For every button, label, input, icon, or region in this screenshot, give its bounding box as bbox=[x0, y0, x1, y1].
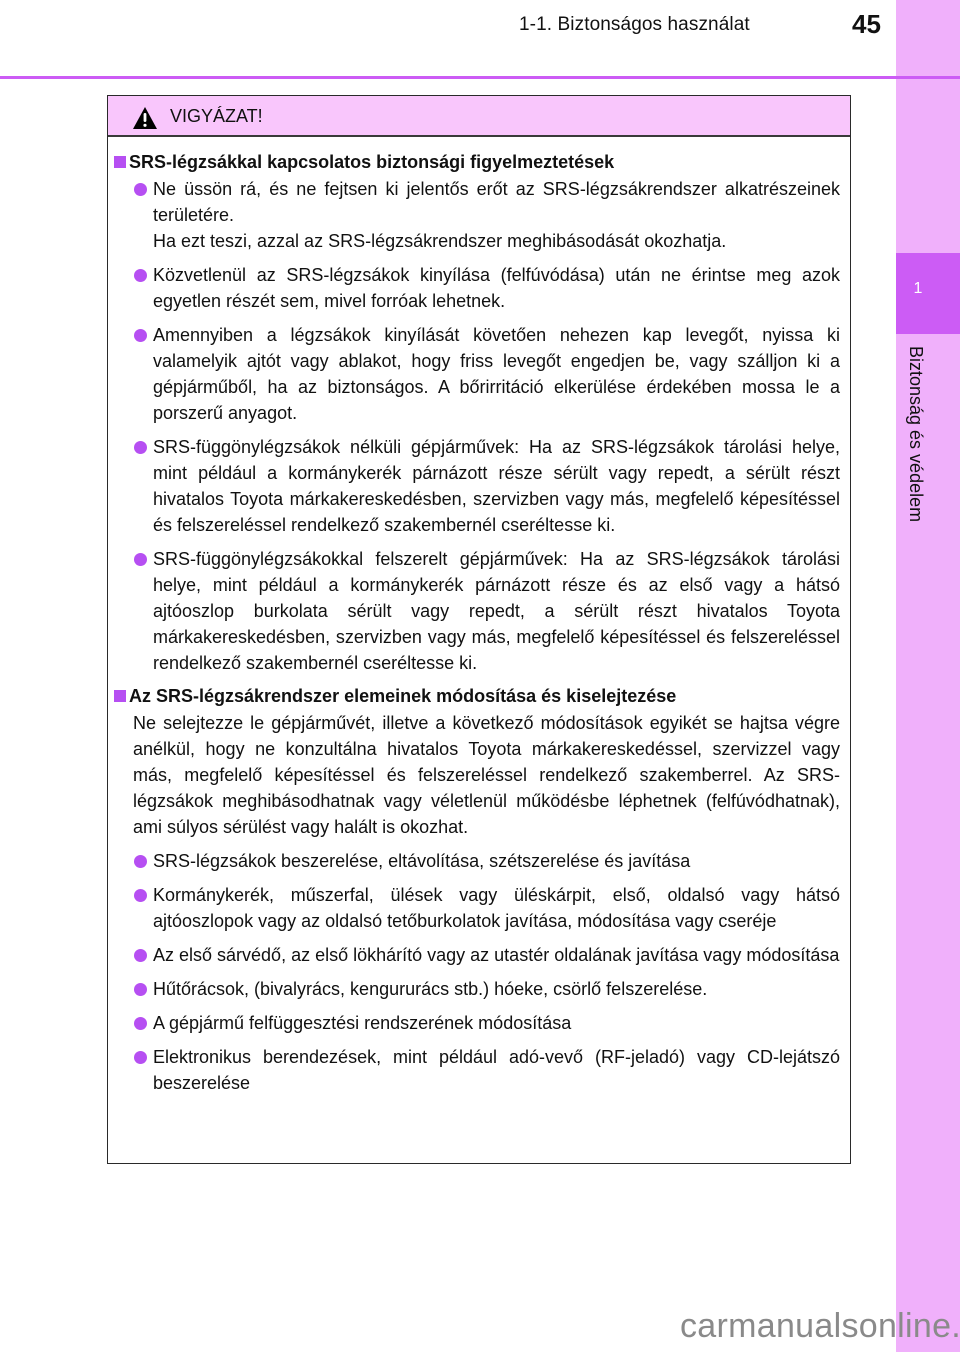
section-heading: Az SRS-légzsákrendszer elemeinek módosít… bbox=[114, 683, 840, 709]
warning-triangle-icon bbox=[132, 106, 158, 130]
warning-header: VIGYÁZAT! bbox=[108, 96, 850, 137]
square-bullet-icon bbox=[114, 156, 126, 168]
round-bullet-icon bbox=[134, 441, 147, 454]
section-intro: Ne selejtezze le gépjárművét, illetve a … bbox=[114, 710, 840, 840]
warning-box: VIGYÁZAT! SRS-légzsákkal kapcsolatos biz… bbox=[107, 95, 851, 1164]
round-bullet-icon bbox=[134, 329, 147, 342]
section-heading: SRS-légzsákkal kapcsolatos biztonsági fi… bbox=[114, 149, 840, 175]
list-item-text: Amennyiben a légzsákok kinyílását követő… bbox=[153, 325, 840, 423]
list-item-text: A gépjármű felfüggesztési rendszerének m… bbox=[153, 1013, 571, 1033]
list-item: Ne üssön rá, és ne fejtsen ki jelentős e… bbox=[114, 176, 840, 254]
list-item: A gépjármű felfüggesztési rendszerének m… bbox=[114, 1010, 840, 1036]
section-heading-text: Az SRS-légzsákrendszer elemeinek módosít… bbox=[129, 683, 676, 709]
chapter-label: Biztonság és védelem bbox=[905, 346, 926, 522]
chapter-tab-active[interactable] bbox=[896, 253, 960, 334]
list-item: SRS-függönylégzsákok nélküli gépjárművek… bbox=[114, 434, 840, 538]
page-number: 45 bbox=[852, 9, 881, 40]
chapter-number: 1 bbox=[908, 280, 928, 298]
round-bullet-icon bbox=[134, 1017, 147, 1030]
watermark: carmanualsonline.info bbox=[680, 1307, 960, 1346]
list-item-text: Kormánykerék, műszerfal, ülések vagy ülé… bbox=[153, 885, 840, 931]
list-item: Amennyiben a légzsákok kinyílását követő… bbox=[114, 322, 840, 426]
round-bullet-icon bbox=[134, 183, 147, 196]
list-item: Hűtőrácsok, (bivalyrács, kengururács stb… bbox=[114, 976, 840, 1002]
list-item-text: Ne üssön rá, és ne fejtsen ki jelentős e… bbox=[153, 179, 840, 251]
chapter-side-tab bbox=[896, 0, 960, 1352]
list-item: Kormánykerék, műszerfal, ülések vagy ülé… bbox=[114, 882, 840, 934]
round-bullet-icon bbox=[134, 269, 147, 282]
header-divider bbox=[0, 76, 960, 79]
list-item: SRS-függönylégzsákokkal felszerelt gépjá… bbox=[114, 546, 840, 676]
list-item-text: Az első sárvédő, az első lökhárító vagy … bbox=[153, 945, 839, 965]
section-heading-text: SRS-légzsákkal kapcsolatos biztonsági fi… bbox=[129, 149, 614, 175]
list-item: SRS-légzsákok beszerelése, eltávolítása,… bbox=[114, 848, 840, 874]
list-item: Az első sárvédő, az első lökhárító vagy … bbox=[114, 942, 840, 968]
section-title: 1-1. Biztonságos használat bbox=[519, 14, 750, 36]
list-item-text: SRS-légzsákok beszerelése, eltávolítása,… bbox=[153, 851, 690, 871]
square-bullet-icon bbox=[114, 690, 126, 702]
list-item-text: SRS-függönylégzsákokkal felszerelt gépjá… bbox=[153, 549, 840, 673]
warning-body: SRS-légzsákkal kapcsolatos biztonsági fi… bbox=[108, 137, 850, 1096]
round-bullet-icon bbox=[134, 983, 147, 996]
list-item-text: Hűtőrácsok, (bivalyrács, kengururács stb… bbox=[153, 979, 707, 999]
list-item-text: SRS-függönylégzsákok nélküli gépjárművek… bbox=[153, 437, 840, 535]
round-bullet-icon bbox=[134, 889, 147, 902]
list-item-text: Közvetlenül az SRS-légzsákok kinyílása (… bbox=[153, 265, 840, 311]
warning-title: VIGYÁZAT! bbox=[170, 106, 263, 127]
list-item: Közvetlenül az SRS-légzsákok kinyílása (… bbox=[114, 262, 840, 314]
list-item: Elektronikus berendezések, mint például … bbox=[114, 1044, 840, 1096]
list-item-text: Elektronikus berendezések, mint például … bbox=[153, 1047, 840, 1093]
round-bullet-icon bbox=[134, 1051, 147, 1064]
round-bullet-icon bbox=[134, 855, 147, 868]
round-bullet-icon bbox=[134, 949, 147, 962]
round-bullet-icon bbox=[134, 553, 147, 566]
